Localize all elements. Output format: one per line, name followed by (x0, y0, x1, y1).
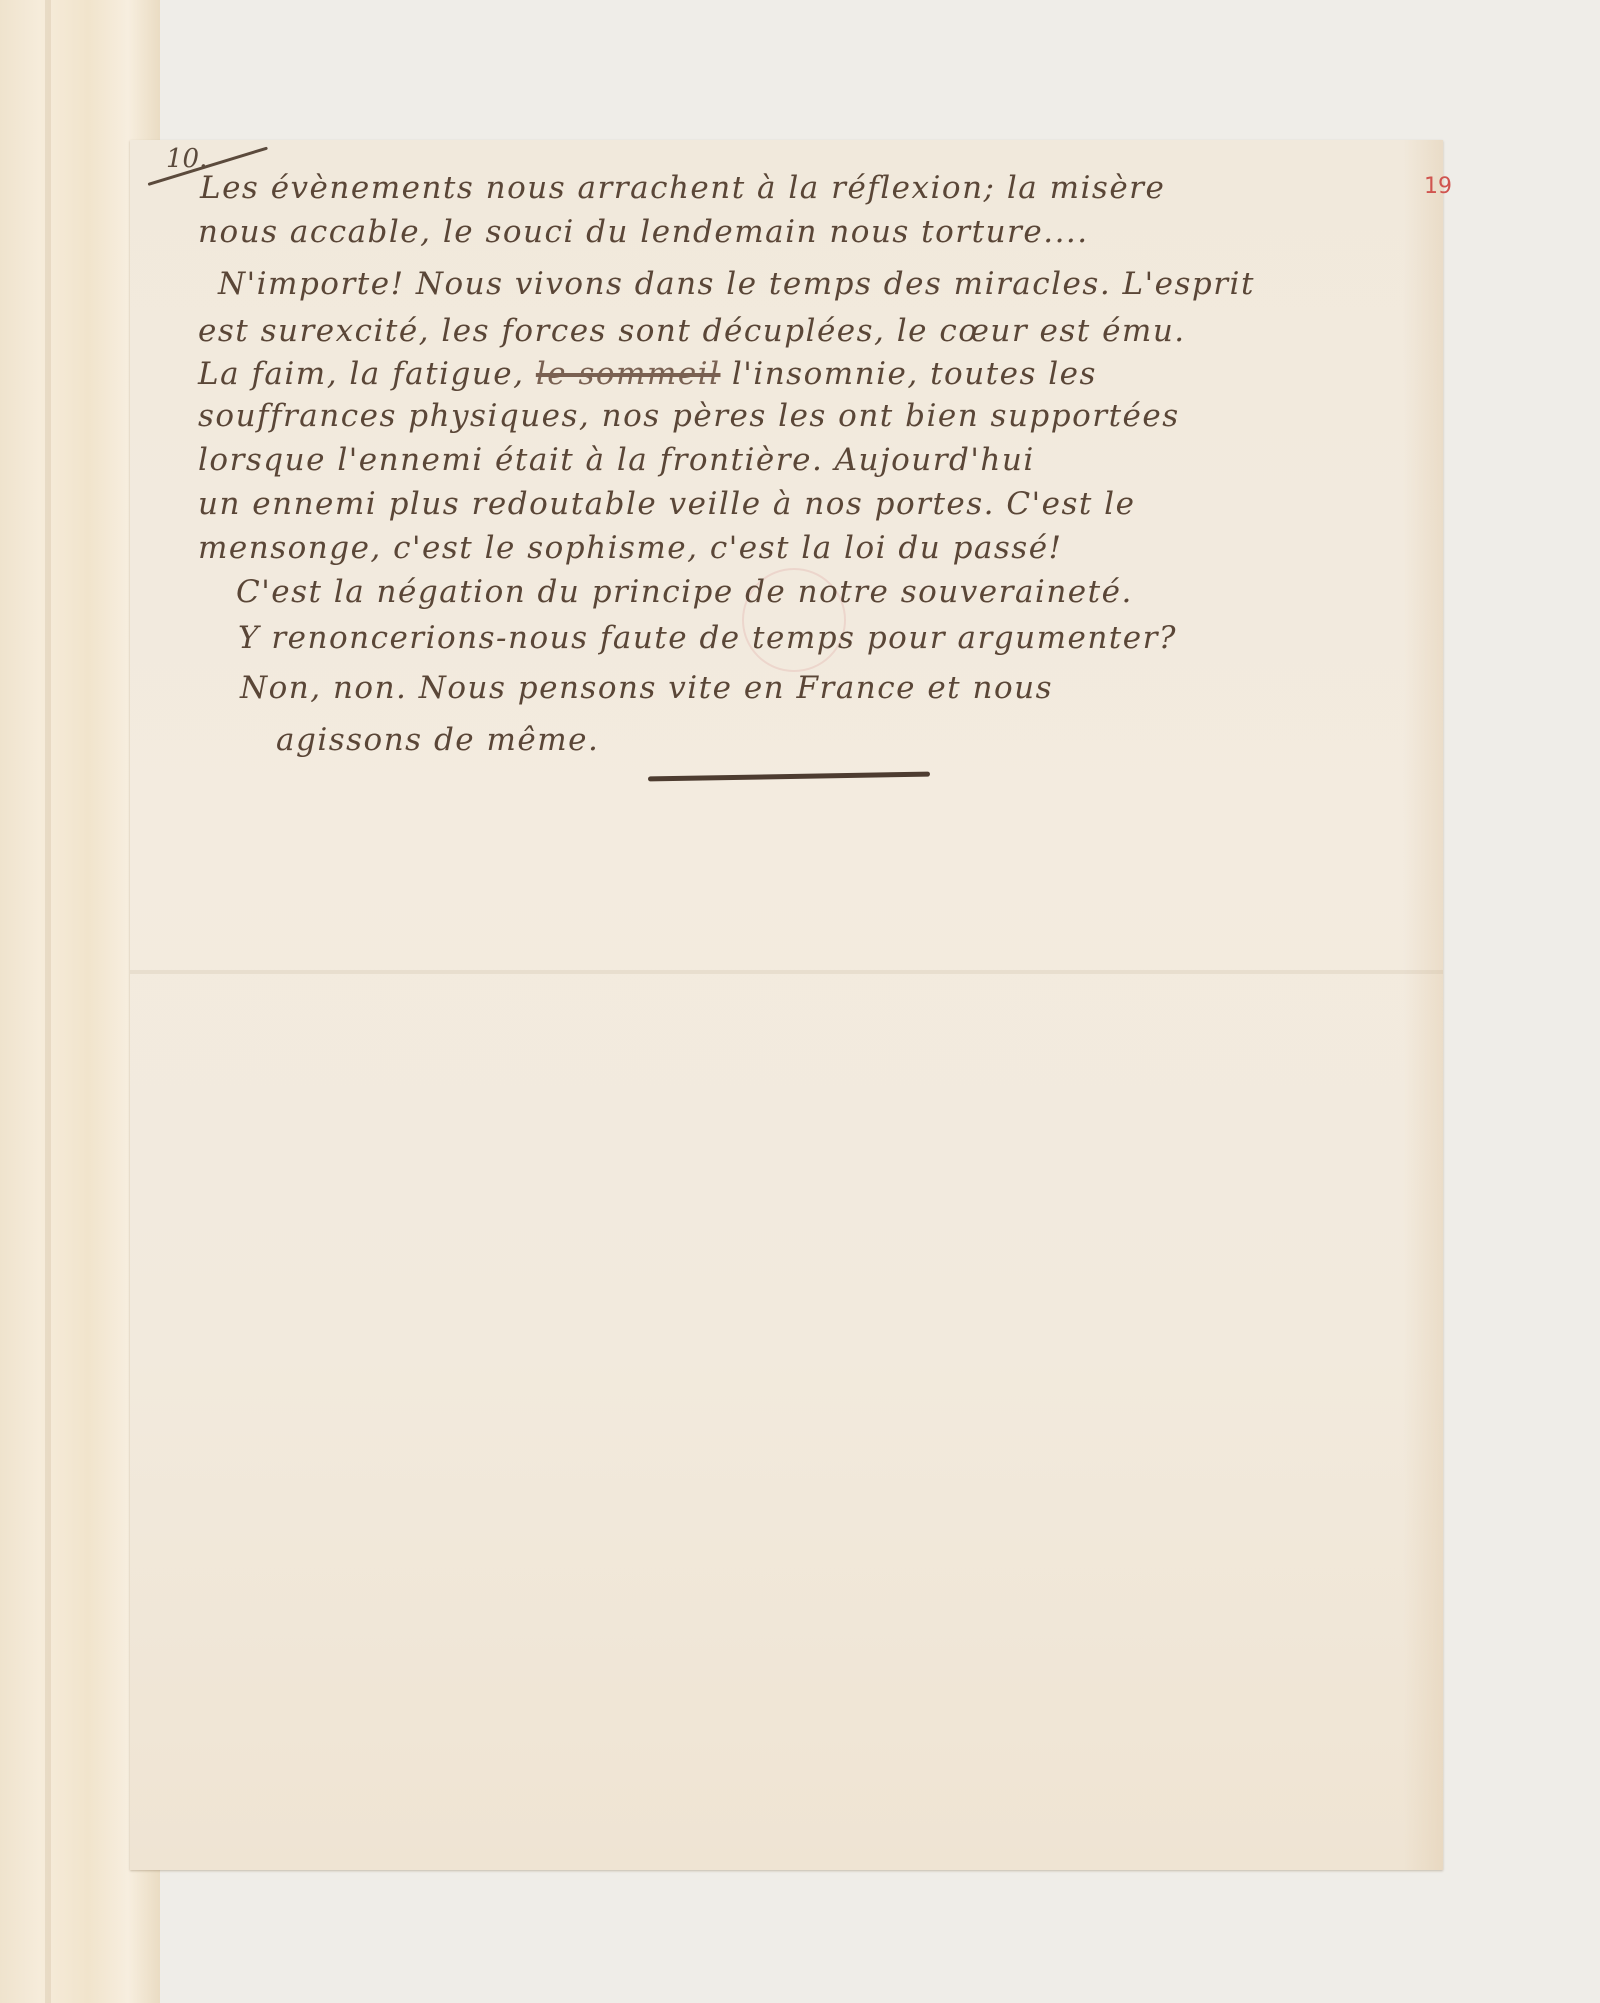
edge-stain (1403, 140, 1443, 1870)
text-line-part: La faim, la fatigue, le sommeil l'insomn… (198, 356, 1097, 392)
struck-word: le sommeil (536, 356, 721, 392)
page-number: 19 (1424, 174, 1452, 199)
text-line: agissons de même. (276, 722, 599, 758)
text-line: souffrances physiques, nos pères les ont… (198, 398, 1180, 434)
binding-shadow (45, 0, 51, 2003)
text-fragment: La faim, la fatigue, (198, 356, 524, 392)
text-line: Les évènements nous arrachent à la réfle… (200, 170, 1165, 206)
text-line: Y renoncerions-nous faute de temps pour … (238, 620, 1177, 656)
text-line: Non, non. Nous pensons vite en France et… (240, 670, 1053, 706)
text-line: nous accable, le souci du lendemain nous… (198, 214, 1089, 250)
text-line: un ennemi plus redoutable veille à nos p… (198, 486, 1135, 522)
text-line: lorsque l'ennemi était à la frontière. A… (198, 442, 1035, 478)
text-line: mensonge, c'est le sophisme, c'est la lo… (198, 530, 1063, 566)
text-line: C'est la négation du principe de notre s… (236, 574, 1133, 610)
text-line: est surexcité, les forces sont décuplées… (198, 313, 1186, 349)
text-fragment: l'insomnie, toutes les (732, 356, 1097, 392)
text-line: N'importe! Nous vivons dans le temps des… (218, 266, 1255, 302)
